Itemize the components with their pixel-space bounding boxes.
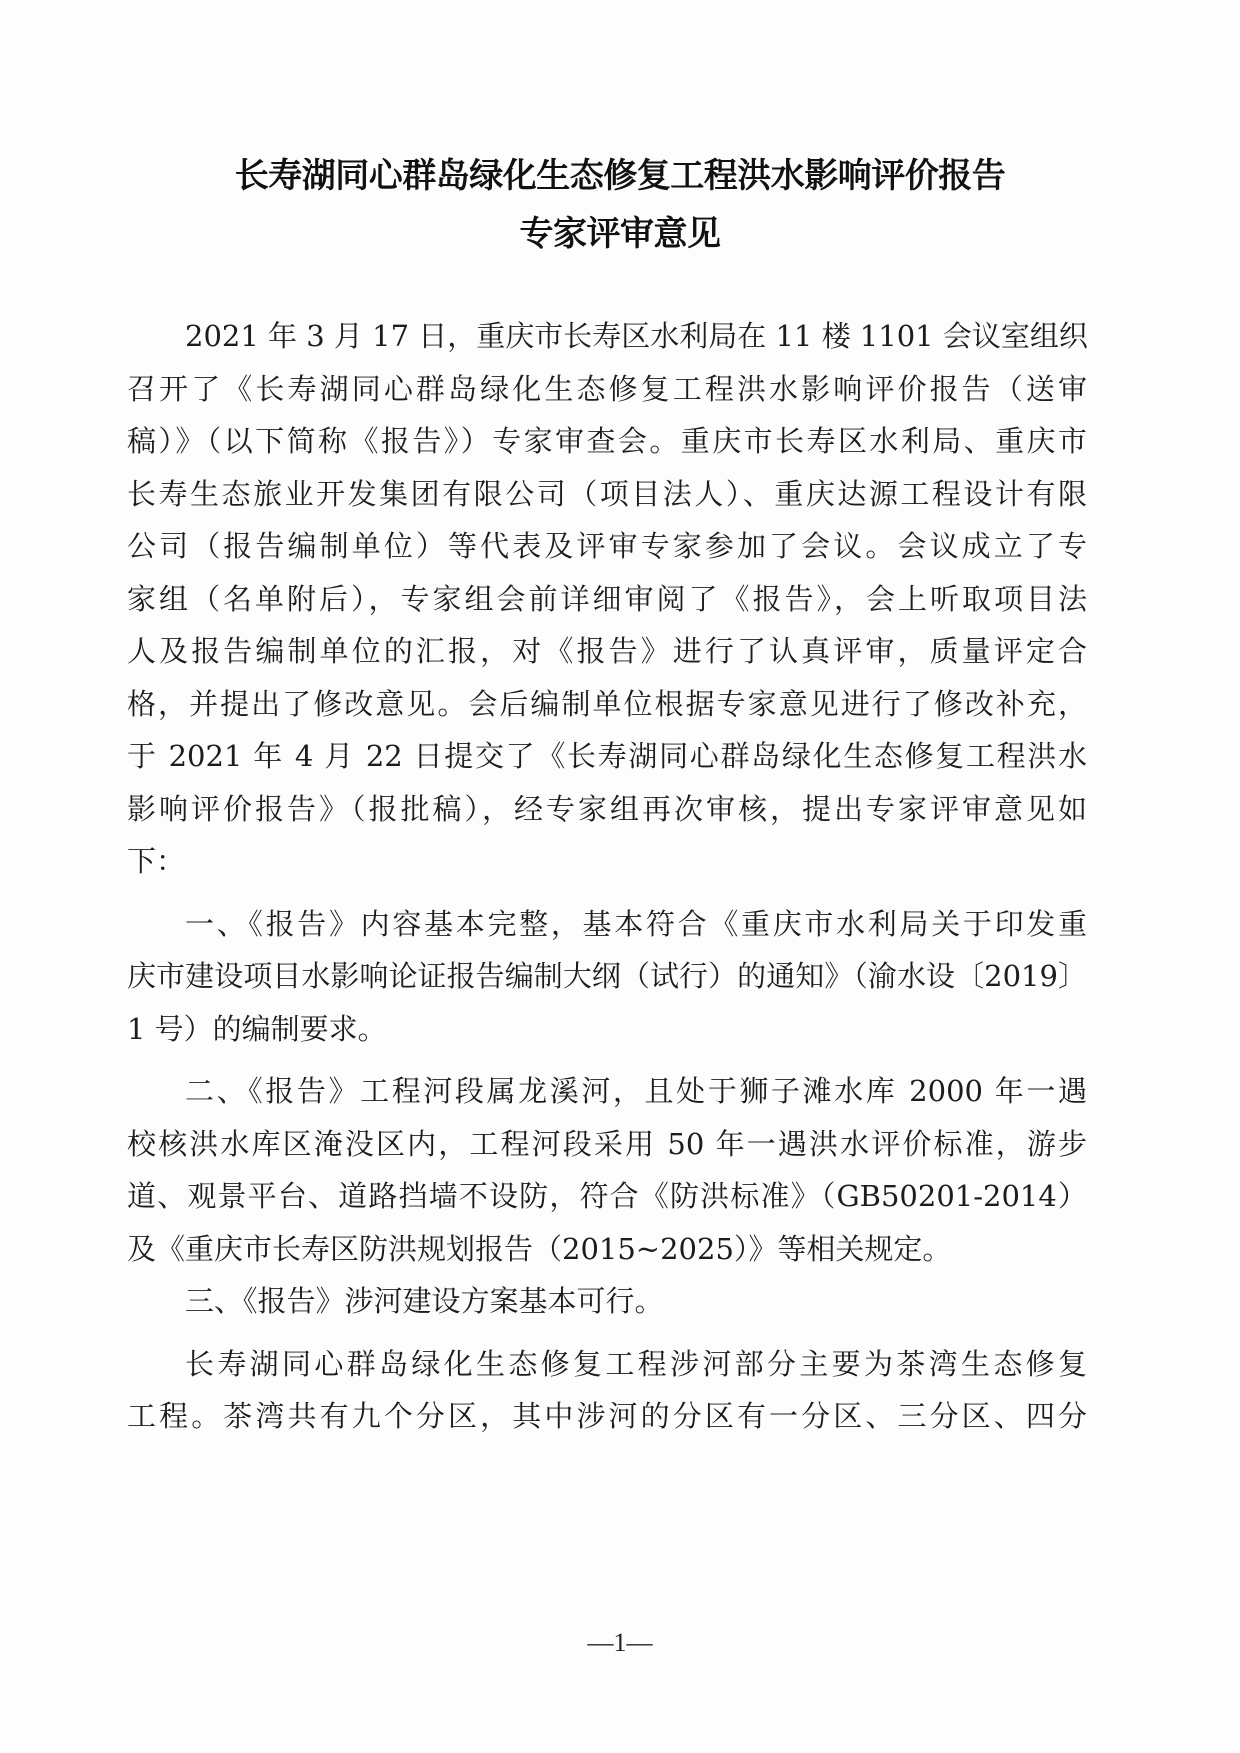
text-line: 于 2021 年 4 月 22 日提交了《长寿湖同心群岛绿化生态修复工程洪水 — [127, 730, 1087, 783]
text-line: 长寿湖同心群岛绿化生态修复工程涉河部分主要为茶湾生态修复 — [127, 1338, 1087, 1391]
text-line: 家组（名单附后），专家组会前详细审阅了《报告》，会上听取项目法 — [127, 573, 1087, 626]
text-line: 庆市建设项目水影响论证报告编制大纲（试行）的通知》（渝水设〔2019〕 — [127, 950, 1087, 1003]
text-line: 二、《报告》工程河段属龙溪河，且处于狮子滩水库 2000 年一遇 — [127, 1065, 1087, 1118]
document-subtitle: 专家评审意见 — [0, 206, 1240, 255]
text-line: 一、《报告》内容基本完整，基本符合《重庆市水利局关于印发重 — [127, 898, 1087, 951]
page-number: —1— — [0, 1628, 1240, 1658]
document-title: 长寿湖同心群岛绿化生态修复工程洪水影响评价报告 — [0, 148, 1240, 197]
paragraph-item-1: 一、《报告》内容基本完整，基本符合《重庆市水利局关于印发重 庆市建设项目水影响论… — [127, 898, 1087, 1056]
text-line: 1 号）的编制要求。 — [127, 1003, 1087, 1056]
paragraph-intro: 2021 年 3 月 17 日，重庆市长寿区水利局在 11 楼 1101 会议室… — [127, 310, 1087, 888]
text-line: 影响评价报告》（报批稿），经专家组再次审核，提出专家评审意见如 — [127, 783, 1087, 836]
text-line: 下： — [127, 835, 1087, 888]
text-line: 格，并提出了修改意见。会后编制单位根据专家意见进行了修改补充， — [127, 678, 1087, 731]
text-line: 人及报告编制单位的汇报，对《报告》进行了认真评审，质量评定合 — [127, 625, 1087, 678]
text-line: 召开了《长寿湖同心群岛绿化生态修复工程洪水影响评价报告（送审 — [127, 363, 1087, 416]
text-line: 工程。茶湾共有九个分区，其中涉河的分区有一分区、三分区、四分 — [127, 1390, 1087, 1443]
text-line: 道、观景平台、道路挡墙不设防，符合《防洪标准》（GB50201-2014） — [127, 1170, 1087, 1223]
text-line: 2021 年 3 月 17 日，重庆市长寿区水利局在 11 楼 1101 会议室… — [127, 310, 1087, 363]
document-page: 长寿湖同心群岛绿化生态修复工程洪水影响评价报告 专家评审意见 2021 年 3 … — [0, 0, 1240, 1753]
paragraph-gap — [127, 1328, 1087, 1338]
paragraph-item-3: 三、《报告》涉河建设方案基本可行。 — [127, 1275, 1087, 1328]
paragraph-gap — [127, 1055, 1087, 1065]
text-line: 及《重庆市长寿区防洪规划报告（2015~2025）》等相关规定。 — [127, 1223, 1087, 1276]
document-body: 2021 年 3 月 17 日，重庆市长寿区水利局在 11 楼 1101 会议室… — [127, 310, 1087, 1443]
paragraph-gap — [127, 888, 1087, 898]
text-line: 长寿生态旅业开发集团有限公司（项目法人）、重庆达源工程设计有限 — [127, 468, 1087, 521]
text-line: 校核洪水库区淹没区内，工程河段采用 50 年一遇洪水评价标准，游步 — [127, 1118, 1087, 1171]
text-line: 稿）》（以下简称《报告》）专家审查会。重庆市长寿区水利局、重庆市 — [127, 415, 1087, 468]
paragraph-item-2: 二、《报告》工程河段属龙溪河，且处于狮子滩水库 2000 年一遇 校核洪水库区淹… — [127, 1065, 1087, 1275]
paragraph-item-3-detail: 长寿湖同心群岛绿化生态修复工程涉河部分主要为茶湾生态修复 工程。茶湾共有九个分区… — [127, 1338, 1087, 1443]
text-line: 三、《报告》涉河建设方案基本可行。 — [127, 1275, 1087, 1328]
text-line: 公司（报告编制单位）等代表及评审专家参加了会议。会议成立了专 — [127, 520, 1087, 573]
